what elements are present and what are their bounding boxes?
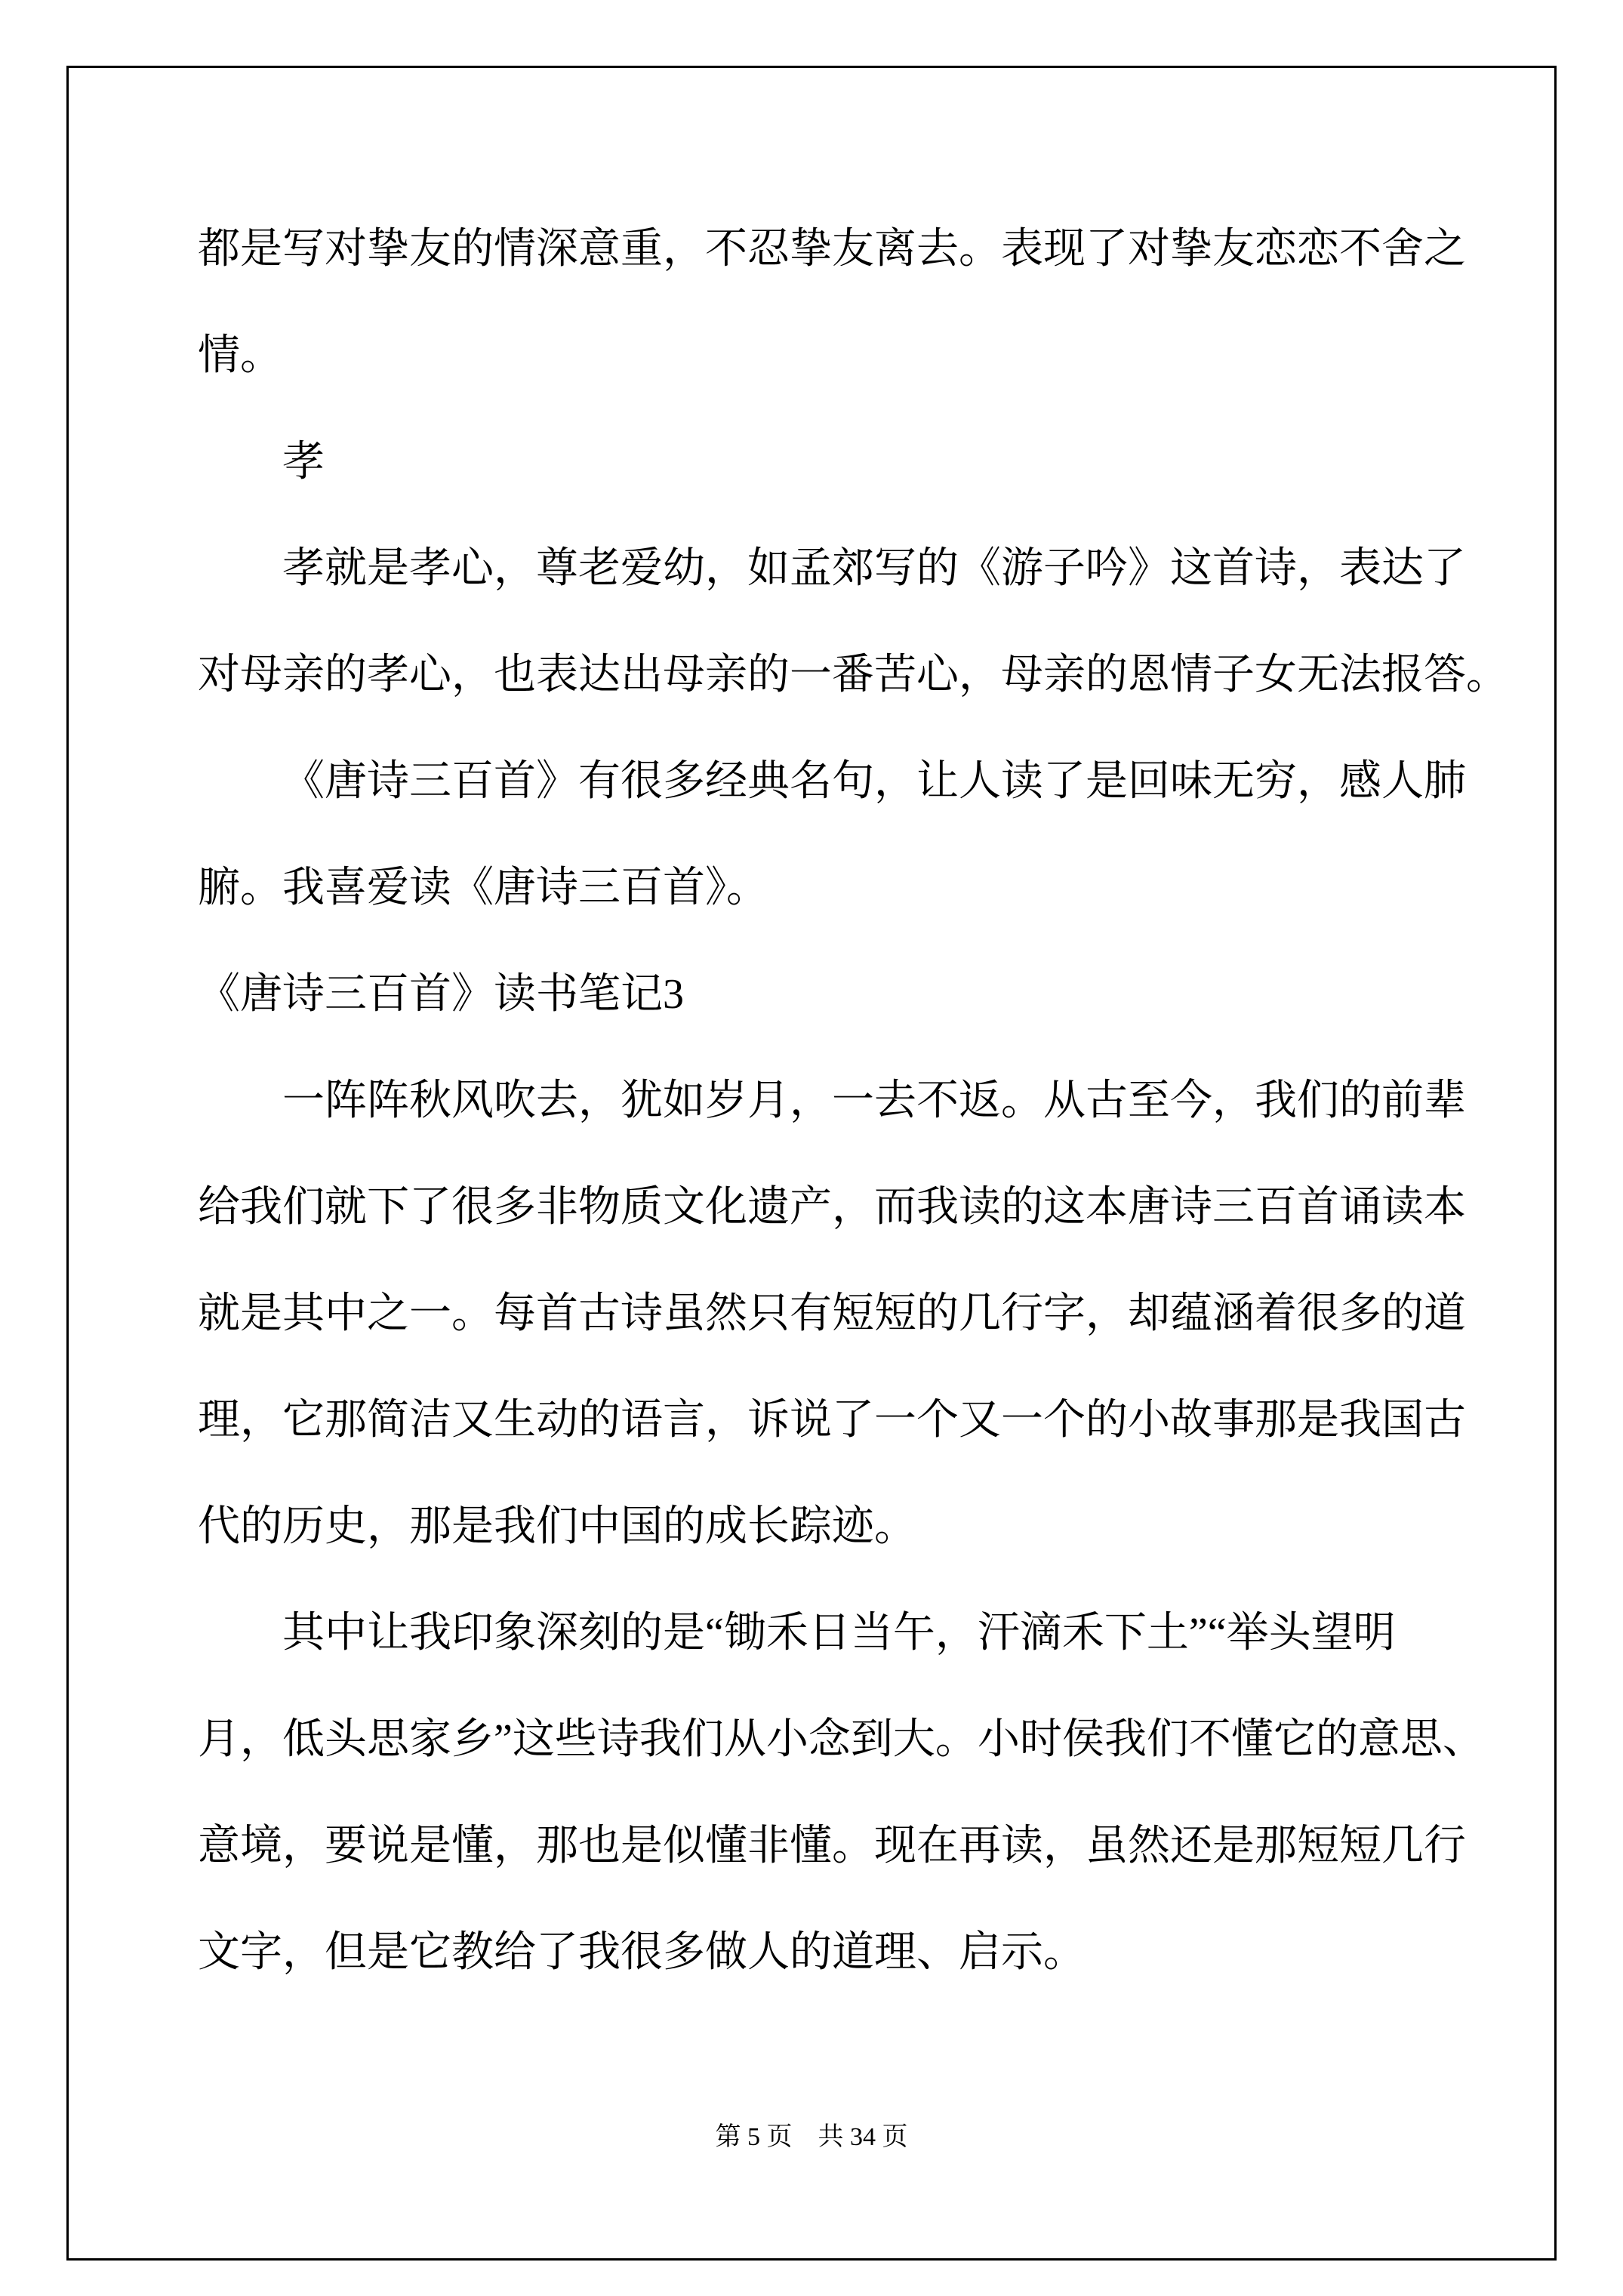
text-line-10: 给我们就下了很多非物质文化遗产，而我读的这本唐诗三百首诵读本 bbox=[198, 1154, 1481, 1261]
page-footer: 第 5 页 共 34 页 bbox=[0, 2119, 1623, 2156]
text-line-13: 代的历史，那是我们中国的成长踪迹。 bbox=[198, 1474, 1481, 1580]
document-page: 都是写对挚友的情深意重，不忍挚友离去。表现了对挚友恋恋不舍之 情。 孝 孝就是孝… bbox=[0, 0, 1623, 2296]
text-line-2: 情。 bbox=[198, 303, 1481, 409]
text-line-5: 对母亲的孝心，也表达出母亲的一番苦心，母亲的恩情子女无法报答。 bbox=[198, 622, 1481, 729]
text-line-14: 其中让我印象深刻的是“锄禾日当午，汗滴禾下土”“举头望明 bbox=[198, 1580, 1481, 1687]
text-line-7: 腑。我喜爱读《唐诗三百首》。 bbox=[198, 835, 1481, 942]
text-line-17: 文字，但是它教给了我很多做人的道理、启示。 bbox=[198, 1900, 1481, 2006]
text-line-9: 一阵阵秋风吹去，犹如岁月，一去不返。从古至今，我们的前辈 bbox=[198, 1048, 1481, 1154]
text-line-12: 理，它那简洁又生动的语言，诉说了一个又一个的小故事那是我国古 bbox=[198, 1367, 1481, 1474]
text-line-4: 孝就是孝心，尊老爱幼，如孟郊写的《游子吟》这首诗，表达了 bbox=[198, 516, 1481, 622]
text-line-15: 月，低头思家乡”这些诗我们从小念到大。小时侯我们不懂它的意思、 bbox=[198, 1687, 1481, 1793]
page-number-label: 第 5 页 共 34 页 bbox=[716, 2123, 908, 2151]
text-line-11: 就是其中之一。每首古诗虽然只有短短的几行字，却蕴涵着很多的道 bbox=[198, 1261, 1481, 1367]
text-line-16: 意境，要说是懂，那也是似懂非懂。现在再读，虽然还是那短短几行 bbox=[198, 1793, 1481, 1900]
text-line-3: 孝 bbox=[198, 409, 1481, 516]
section-heading: 《唐诗三百首》读书笔记3 bbox=[198, 942, 1481, 1048]
text-line-1: 都是写对挚友的情深意重，不忍挚友离去。表现了对挚友恋恋不舍之 bbox=[198, 196, 1481, 303]
document-body: 都是写对挚友的情深意重，不忍挚友离去。表现了对挚友恋恋不舍之 情。 孝 孝就是孝… bbox=[198, 196, 1481, 2006]
text-line-6: 《唐诗三百首》有很多经典名句，让人读了是回味无穷，感人肺 bbox=[198, 729, 1481, 835]
